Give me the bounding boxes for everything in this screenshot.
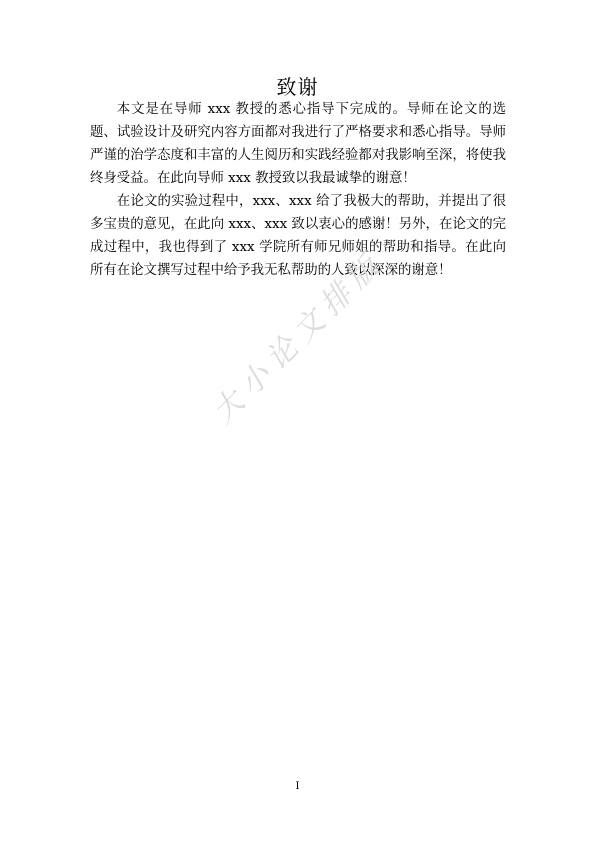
paragraph-2: 在论文的实验过程中，xxx、xxx 给了我极大的帮助，并提出了很多宝贵的意见，在… — [90, 190, 506, 282]
page-title: 致谢 — [0, 74, 595, 100]
document-page: 致谢 本文是在导师 xxx 教授的悉心指导下完成的。导师在论文的选题、试验设计及… — [0, 0, 595, 842]
acknowledgement-body: 本文是在导师 xxx 教授的悉心指导下完成的。导师在论文的选题、试验设计及研究内… — [90, 98, 506, 282]
page-number: I — [0, 781, 595, 793]
paragraph-1: 本文是在导师 xxx 教授的悉心指导下完成的。导师在论文的选题、试验设计及研究内… — [90, 98, 506, 190]
